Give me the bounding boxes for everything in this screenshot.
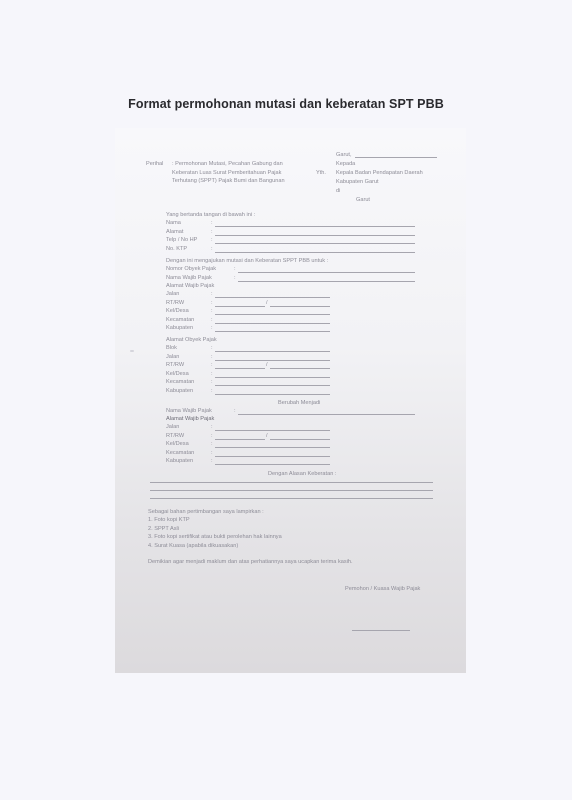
field-colon: :	[211, 229, 213, 236]
field-colon: :	[211, 441, 213, 448]
recipient-line: Kabupaten Garut	[336, 179, 379, 186]
field-input-line[interactable]	[215, 323, 330, 324]
field-input-line[interactable]	[215, 360, 330, 361]
field-colon: :	[211, 300, 213, 307]
yth-label: Yth.	[316, 170, 326, 177]
perihal-text: Terhutang (SPPT) Pajak Bumi dan Bangunan	[172, 178, 285, 185]
field-label: Kel/Desa	[166, 371, 189, 378]
field-colon: :	[211, 388, 213, 395]
rt-rw-separator: /	[266, 433, 268, 440]
field-colon: :	[211, 317, 213, 324]
field-input-line[interactable]	[215, 331, 330, 332]
perihal-label: Perihal	[146, 161, 163, 168]
changed-heading: Berubah Menjadi	[278, 400, 320, 407]
field-colon: :	[211, 291, 213, 298]
object-field-input[interactable]	[238, 272, 415, 273]
field-label: RT/RW	[166, 300, 184, 307]
recipient-line: Garut	[356, 197, 370, 204]
field-colon: :	[211, 220, 213, 227]
attachment-item: 1. Foto kopi KTP	[148, 517, 190, 524]
recipient-line: Kepala Badan Pendapatan Daerah	[336, 170, 423, 177]
perihal-text: : Permohonan Mutasi, Pecahan Gabung dan	[172, 161, 283, 168]
reason-line-1[interactable]	[150, 482, 433, 483]
closing-text: Demikian agar menjadi maklum dan atas pe…	[148, 559, 353, 566]
field-input-line[interactable]	[215, 394, 330, 395]
rw-field[interactable]	[270, 368, 330, 369]
attachment-item: 2. SPPT Asli	[148, 526, 179, 533]
rw-field[interactable]	[270, 439, 330, 440]
field-colon: :	[211, 450, 213, 457]
signature-label: Pemohon / Kuasa Wajib Pajak	[345, 586, 420, 593]
field-input-line[interactable]	[215, 314, 330, 315]
field-colon: :	[234, 275, 236, 282]
date-line[interactable]	[355, 157, 437, 158]
field-label: Kabupaten	[166, 388, 193, 395]
rw-field[interactable]	[270, 306, 330, 307]
object-field-label: Nomor Obyek Pajak	[166, 266, 216, 273]
rt-rw-separator: /	[266, 362, 268, 369]
field-label: Jalan	[166, 291, 179, 298]
field-colon: :	[211, 237, 213, 244]
field-colon: :	[211, 371, 213, 378]
field-label: Kel/Desa	[166, 308, 189, 315]
field-colon: :	[211, 424, 213, 431]
field-label: Kecamatan	[166, 317, 194, 324]
field-input-line[interactable]	[215, 351, 330, 352]
signer-field-label: Alamat	[166, 229, 183, 236]
reason-line-2[interactable]	[150, 490, 433, 491]
changed-field-label: Nama Wajib Pajak	[166, 408, 212, 415]
attachments-intro: Sebagai bahan pertimbangan saya lampirka…	[148, 509, 264, 516]
object-address-heading: Alamat Obyek Pajak	[166, 337, 217, 344]
attachment-item: 4. Surat Kuasa (apabila dikuasakan)	[148, 543, 238, 550]
recipient-line: di	[336, 188, 340, 195]
field-input-line[interactable]	[215, 447, 330, 448]
attachment-item: 3. Foto kopi sertifikat atau bukti perol…	[148, 534, 282, 541]
field-colon: :	[234, 408, 236, 415]
field-label: Jalan	[166, 424, 179, 431]
field-colon: :	[211, 325, 213, 332]
field-label: Kabupaten	[166, 458, 193, 465]
field-label: Kecamatan	[166, 379, 194, 386]
field-colon: :	[211, 433, 213, 440]
field-colon: :	[211, 246, 213, 253]
field-input-line[interactable]	[215, 385, 330, 386]
field-colon: :	[234, 266, 236, 273]
signer-field-input[interactable]	[215, 235, 415, 236]
field-label: Kabupaten	[166, 325, 193, 332]
field-input-line[interactable]	[215, 456, 330, 457]
object-field-label: Nama Wajib Pajak	[166, 275, 212, 282]
object-intro: Dengan ini mengajukan mutasi dan Keberat…	[166, 258, 328, 265]
address-heading: Alamat Wajib Pajak	[166, 283, 214, 290]
field-input-line[interactable]	[215, 377, 330, 378]
field-label: RT/RW	[166, 433, 184, 440]
field-colon: :	[211, 362, 213, 369]
field-colon: :	[211, 458, 213, 465]
document-title: Format permohonan mutasi dan keberatan S…	[0, 97, 572, 111]
changed-address-heading: Alamat Wajib Pajak	[166, 416, 214, 423]
field-colon: :	[211, 345, 213, 352]
field-input-line[interactable]	[215, 297, 330, 298]
field-label: Blok	[166, 345, 177, 352]
field-colon: :	[211, 354, 213, 361]
field-label: Kel/Desa	[166, 441, 189, 448]
rt-field[interactable]	[215, 306, 265, 307]
signature-line[interactable]	[352, 630, 410, 631]
rt-field[interactable]	[215, 439, 265, 440]
field-label: Kecamatan	[166, 450, 194, 457]
signer-field-label: Telp / No HP	[166, 237, 197, 244]
changed-field-input[interactable]	[238, 414, 415, 415]
rt-field[interactable]	[215, 368, 265, 369]
signer-field-label: Nama	[166, 220, 181, 227]
perihal-text: Keberatan Luas Surat Pemberitahuan Pajak	[172, 170, 281, 177]
recipient-line: Kepada	[336, 161, 355, 168]
scan-artifact	[130, 350, 134, 352]
place-date: Garut,	[336, 152, 352, 159]
field-input-line[interactable]	[215, 464, 330, 465]
object-field-input[interactable]	[238, 281, 415, 282]
signer-field-input[interactable]	[215, 226, 415, 227]
field-input-line[interactable]	[215, 430, 330, 431]
rt-rw-separator: /	[266, 300, 268, 307]
field-colon: :	[211, 379, 213, 386]
field-label: RT/RW	[166, 362, 184, 369]
reason-line-3[interactable]	[150, 498, 433, 499]
field-label: Jalan	[166, 354, 179, 361]
signer-field-input[interactable]	[215, 252, 415, 253]
field-colon: :	[211, 308, 213, 315]
signer-intro: Yang bertanda tangan di bawah ini :	[166, 212, 255, 219]
reasons-heading: Dengan Alasan Keberatan :	[268, 471, 336, 478]
signer-field-label: No. KTP	[166, 246, 187, 253]
signer-field-input[interactable]	[215, 243, 415, 244]
